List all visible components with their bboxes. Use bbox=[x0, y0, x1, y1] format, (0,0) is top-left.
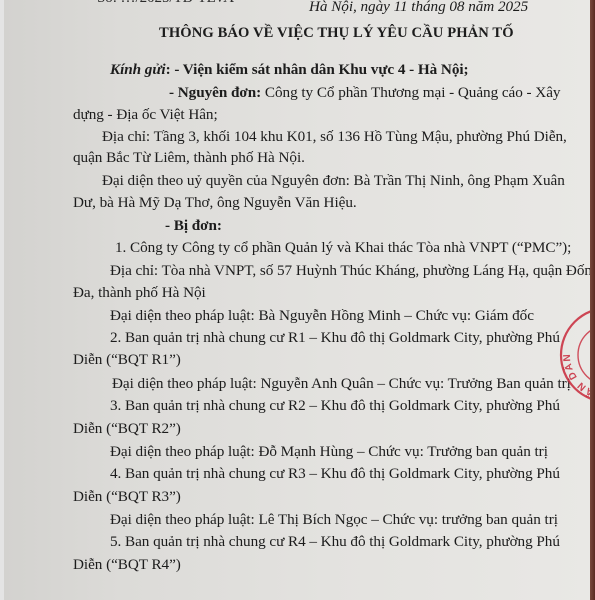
defendant-1-address: Địa chỉ: Tòa nhà VNPT, số 57 Huỳnh Thúc … bbox=[110, 262, 590, 280]
defendant-4-cont: Diễn (“BQT R3”) bbox=[73, 488, 181, 506]
plaintiff-address-cont: quận Bắc Từ Liêm, thành phố Hà Nội. bbox=[73, 149, 305, 167]
defendant-5: 5. Ban quản trị nhà chung cư R4 – Khu đô… bbox=[110, 533, 560, 551]
defendant-2-representative: Đại diện theo pháp luật: Nguyễn Anh Quân… bbox=[112, 375, 571, 393]
recipient-text: : - Viện kiểm sát nhân dân Khu vực 4 - H… bbox=[166, 61, 469, 78]
plaintiff-name-cont: dựng - Địa ốc Việt Hân; bbox=[73, 106, 218, 124]
plaintiff-label: - Nguyên đơn: bbox=[169, 84, 261, 101]
defendant-1-address-cont: Đa, thành phố Hà Nội bbox=[73, 284, 206, 302]
defendant-1: 1. Công ty Công ty cổ phần Quản lý và Kh… bbox=[115, 239, 571, 257]
defendant-3: 3. Ban quản trị nhà chung cư R2 – Khu đô… bbox=[110, 397, 560, 415]
plaintiff-representative: Đại diện theo uỷ quyền của Nguyên đơn: B… bbox=[102, 172, 565, 190]
document-title: THÔNG BÁO VỀ VIỆC THỤ LÝ YÊU CẦU PHẢN TỐ bbox=[159, 24, 514, 42]
defendant-4: 4. Ban quản trị nhà chung cư R3 – Khu đô… bbox=[110, 465, 560, 483]
plaintiff-representative-cont: Dư, bà Hà Mỹ Dạ Thơ, ông Nguyễn Văn Hiệu… bbox=[73, 194, 357, 212]
plaintiff-address: Địa chỉ: Tầng 3, khối 104 khu K01, số 13… bbox=[102, 128, 567, 146]
defendant-2-cont: Diễn (“BQT R1”) bbox=[73, 351, 181, 369]
defendant-4-representative: Đại diện theo pháp luật: Lê Thị Bích Ngọ… bbox=[110, 511, 558, 529]
recipient-label: Kính gửi bbox=[110, 61, 166, 78]
defendant-3-cont: Diễn (“BQT R2”) bbox=[73, 420, 181, 438]
plaintiff-name: Công ty Cổ phần Thương mại - Quảng cáo -… bbox=[261, 84, 560, 101]
scan-right-border bbox=[590, 0, 595, 600]
reference-number: Số: …/2025/TB-TLVA bbox=[97, 0, 234, 7]
defendant-1-representative: Đại diện theo pháp luật: Bà Nguyễn Hồng … bbox=[110, 307, 534, 325]
defendant-5-cont: Diễn (“BQT R4”) bbox=[73, 556, 181, 574]
defendant-3-representative: Đại diện theo pháp luật: Đỗ Mạnh Hùng – … bbox=[110, 443, 548, 461]
defendant-2: 2. Ban quản trị nhà chung cư R1 – Khu đô… bbox=[110, 329, 560, 347]
plaintiff-line: - Nguyên đơn: Công ty Cổ phần Thương mại… bbox=[169, 84, 560, 102]
place-date: Hà Nội, ngày 11 tháng 08 năm 2025 bbox=[309, 0, 528, 16]
recipient-line: Kính gửi: - Viện kiểm sát nhân dân Khu v… bbox=[110, 61, 469, 79]
defendant-label: - Bị đơn: bbox=[165, 217, 222, 235]
document-page: Số: …/2025/TB-TLVA Hà Nội, ngày 11 tháng… bbox=[4, 0, 590, 600]
